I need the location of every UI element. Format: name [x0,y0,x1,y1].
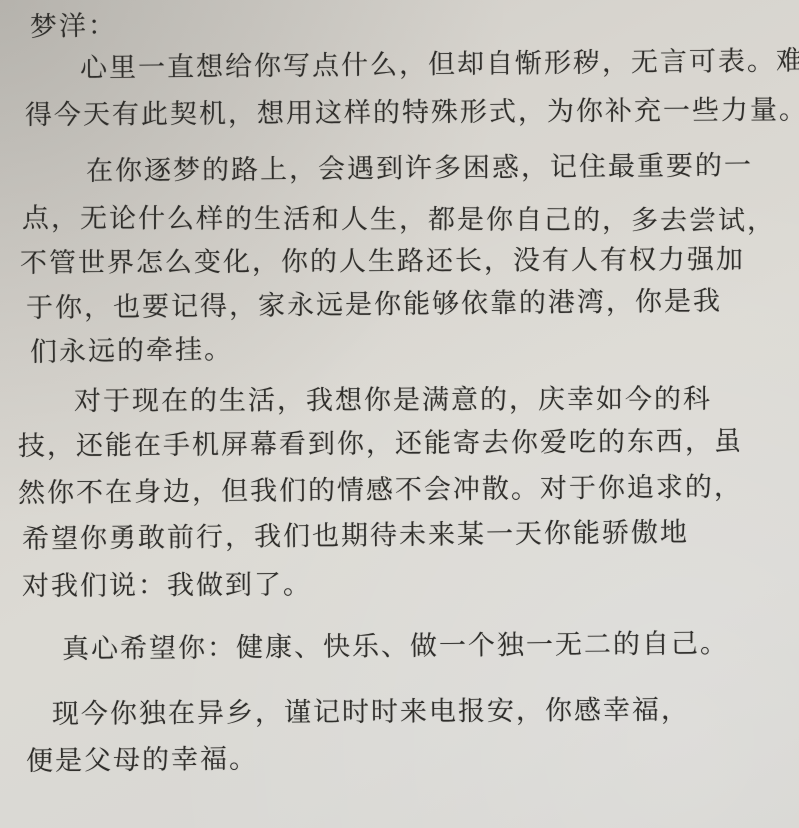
letter-photo: 梦洋： 心里一直想给你写点什么，但却自惭形秽，无言可表。难 得今天有此契机，想用… [0,0,799,828]
letter-line: 希望你勇敢前行，我们也期待未来某一天你能骄傲地 [22,519,689,553]
letter-line: 技，还能在手机屏幕看到你，还能寄去你爱吃的东西，虽 [18,428,743,460]
letter-line: 真心希望你：健康、快乐、做一个独一无二的自己。 [62,630,729,663]
letter-line: 对于现在的生活，我想你是满意的，庆幸如今的科 [74,386,712,415]
letter-line: 然你不在身边，但我们的情感不会冲散。对于你追求的， [18,474,743,507]
letter-line: 便是父母的幸福。 [26,746,258,775]
salutation: 梦洋： [30,12,118,41]
letter-line: 对我们说：我做到了。 [22,571,312,600]
letter-line: 得今天有此契机，想用这样的特殊形式，为你补充一些力量。 [25,97,799,129]
letter-line: 在你逐梦的路上，会遇到许多困惑，记住最重要的一 [86,152,753,185]
letter-line: 们永远的牵挂。 [30,336,233,366]
letter-line: 不管世界怎么变化，你的人生路还长，没有人有权力强加 [20,246,745,277]
letter-line: 现今你独在异乡，谨记时时来电报安，你感幸福， [52,697,690,728]
letter-line: 于你，也要记得，家永远是你能够依靠的港湾，你是我 [26,288,722,322]
letter-line: 心里一直想给你写点什么，但却自惭形秽，无言可表。难 [80,47,799,82]
letter-line: 点，无论什么样的生活和人生，都是你自己的，多去尝试， [22,205,776,235]
